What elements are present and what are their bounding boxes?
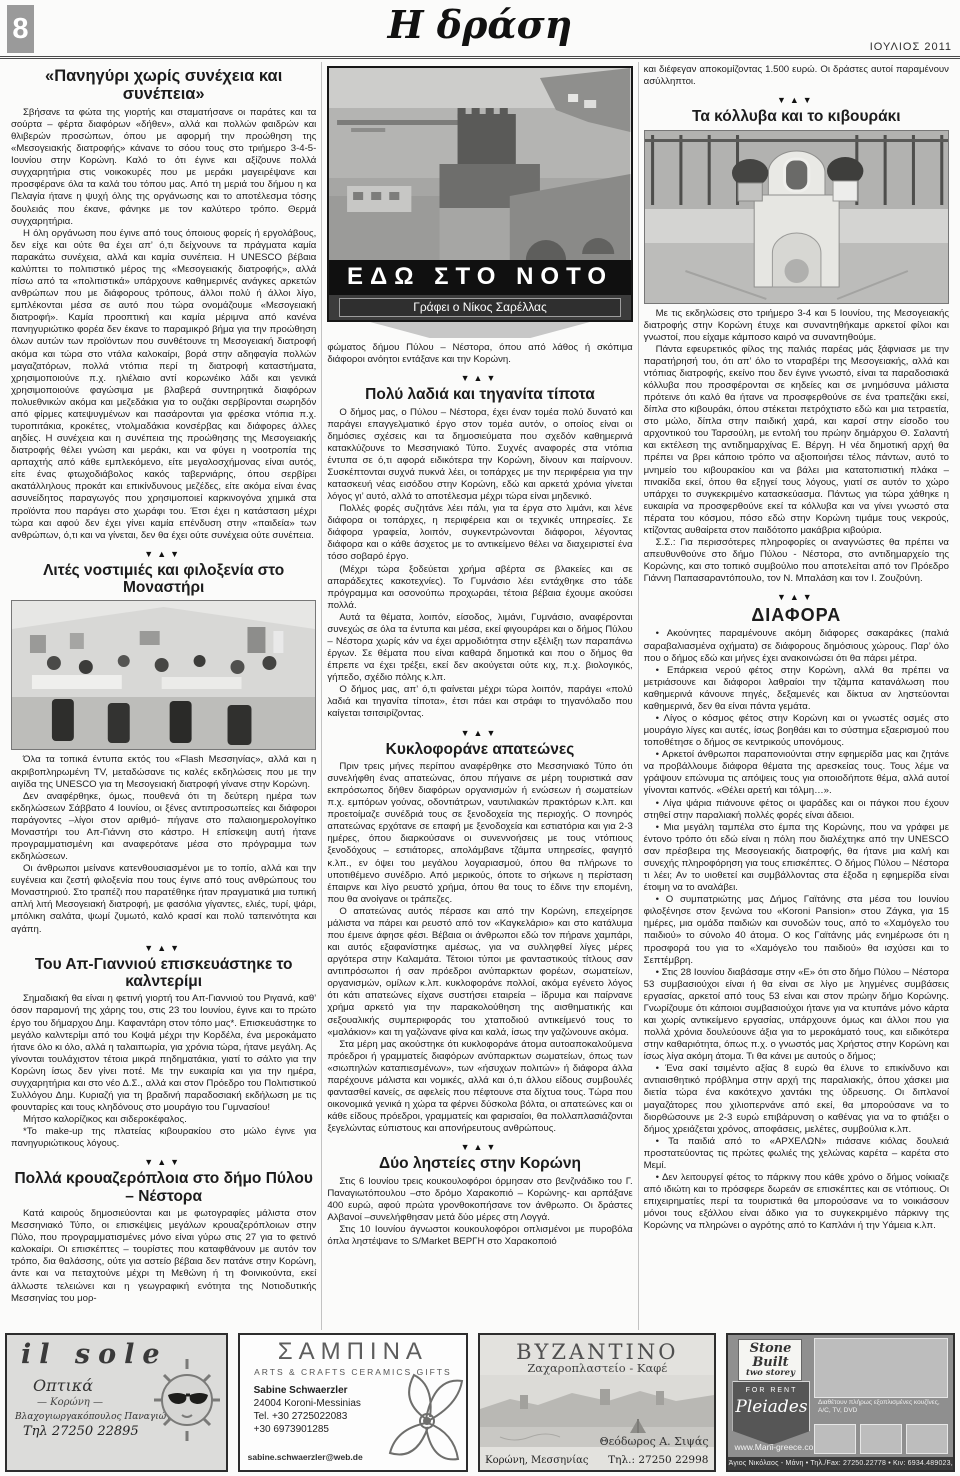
- section-divider-icon: ▼▲▼: [327, 373, 632, 383]
- column-banner-title: ΕΔΩ ΣΤΟ ΝΟΤΟ: [329, 260, 630, 295]
- ad-caption: Διαθέτουν πλήρως εξοπλισμένες κουζίνες, …: [818, 1399, 948, 1415]
- article-paragraph: (Μέχρι τώρα ξοδεύεται χρήμα αβέρτα σε βλ…: [327, 564, 632, 612]
- ad-pleiades-rentals: Stone Built two storey FOR RENT Pleiades…: [726, 1333, 955, 1472]
- article-paragraph: Η όλη οργάνωση που έγινε από τους όποιου…: [11, 228, 316, 542]
- article-paragraph: Ο δήμος μας, απ’ ό,τι φαίνεται μέχρι τώρ…: [327, 684, 632, 720]
- bullet-item: • Λίγος ο κόσμος φέτος στην Κορώνη και ο…: [644, 713, 949, 749]
- article-paragraph: Στις 6 Ιουνίου τρεις κουκουλοφόροι όρμησ…: [327, 1176, 632, 1224]
- banner-ribbon-shape: [366, 322, 595, 338]
- flower-line-art-icon: [386, 1369, 464, 1465]
- masthead: 8 Η δράση ΙΟΥΛΙΟΣ 2011: [0, 0, 960, 59]
- columns: «Πανηγύρι χωρίς συνέχεια και συνέπεια» Σ…: [0, 62, 960, 1330]
- bullet-item: • Ένα σακί τσιμέντο αξίας 8 ευρώ θα έλυν…: [644, 1063, 949, 1135]
- article-title: Τα κόλλυβα και το κιβουράκι: [644, 108, 949, 125]
- bullet-item: • Λίγα ψάρια πιάνουνε φέτος οι ψαράδες κ…: [644, 798, 949, 822]
- article-title: Λιτές νοστιμιές και φιλοξενία στο Μοναστ…: [11, 562, 316, 597]
- section-divider-icon: ▼▲▼: [644, 592, 949, 602]
- article-paragraph: Σ.Σ.: Για περισσότερες πληροφορίες οι αν…: [644, 537, 949, 585]
- article-paragraph: Με τις εκδηλώσεις στο τριήμερο 3-4 και 5…: [644, 308, 949, 344]
- section-divider-icon: ▼▲▼: [11, 943, 316, 953]
- advertisements-row: il sole Οπτικά — Κορώνη — Βλαχογιωργακόπ…: [0, 1333, 960, 1472]
- article-paragraph: Πριν τρεις μήνες περίπου αναφέρθηκε στο …: [327, 761, 632, 906]
- ad-sampina-crafts: ΣΑΜΠΙΝΑ ARTS & CRAFTS CERAMICS GIFTS Sab…: [238, 1333, 469, 1472]
- article-title: ΔΙΑΦΟΡΑ: [644, 605, 949, 625]
- article-title: Πολλά κρουαζερόπλοια στο δήμο Πύλου – Νέ…: [11, 1170, 316, 1205]
- left-column: «Πανηγύρι χωρίς συνέχεια και συνέπεια» Σ…: [6, 62, 321, 1330]
- article-paragraph: Μήτσο καλορίζικος και σιδεροκέφαλος.: [11, 1114, 316, 1126]
- sun-with-sunglasses-icon: [152, 1357, 222, 1443]
- bullet-item: • Μια μεγάλη ταμπέλα στο έμπα της Κορώνη…: [644, 822, 949, 894]
- bullet-item: • Ακούνητες παραμένουνε ακόμη διάφορες σ…: [644, 628, 949, 664]
- ad-headline: Stone Built two storey: [738, 1339, 802, 1381]
- article-paragraph: Στα μέρη μας ακούστηκε ότι κυκλοφοράνε ά…: [327, 1039, 632, 1136]
- article-paragraph: *Το make-up της πλατείας κιβουρακίου στο…: [11, 1126, 316, 1150]
- ad-website: www.Mani-greece.com: [734, 1442, 820, 1452]
- bullet-item: • Τα παιδιά από το «ΑΡΧΕΛΩΝ» πιάσανε κιό…: [644, 1136, 949, 1172]
- newspaper-title: Η δράση: [0, 2, 960, 47]
- ad-brand: ΣΑΜΠΙΝΑ: [240, 1338, 467, 1366]
- article-paragraph: Ο δήμος μας, ο Πύλου – Νέστορα, έχει ένα…: [327, 407, 632, 504]
- section-divider-icon: ▼▲▼: [11, 549, 316, 559]
- bullet-item: • Δεν λειτουργεί φέτος το πάρκινγ που κά…: [644, 1172, 949, 1232]
- article-paragraph: Όλα τα τοπικά έντυπα εκτός του «Flash Με…: [11, 754, 316, 790]
- article-paragraph: Σβήσανε τα φώτα της γιορτής και σταματήσ…: [11, 107, 316, 228]
- ad-brand: Pleiades: [733, 1397, 809, 1417]
- section-divider-icon: ▼▲▼: [327, 1142, 632, 1152]
- article-paragraph: Αυτά τα θέματα, λοιπόν, είσοδος, λιμάνι,…: [327, 612, 632, 684]
- article-paragraph: Πολλές φορές συζητάνε λέει πάλι, για τα …: [327, 503, 632, 563]
- methoni-castle-photo: [329, 68, 630, 260]
- pleiades-badge: FOR RENT Pleiades: [732, 1381, 810, 1445]
- ad-phone: Τηλ.: 27250 22998: [608, 1454, 708, 1466]
- article-paragraph: φώματος δήμου Πύλου – Νέστορα, όπου από …: [327, 342, 632, 366]
- ad-subtitle: Ζαχαροπλαστείο - Καφέ: [480, 1361, 714, 1375]
- issue-date: ΙΟΥΛΙΟΣ 2011: [870, 41, 952, 53]
- house-photo-thumbnails: [814, 1338, 950, 1454]
- ad-footer: Άγιος Νικόλαος - Μάνη • Τηλ./Fax: 27250.…: [728, 1457, 953, 1470]
- article-title: Του Απ-Γιαννιού επισκευάστηκε το καλντερ…: [11, 956, 316, 991]
- ad-location: Κορώνη, Μεσσηνίας: [485, 1455, 588, 1466]
- article-paragraph: Στις 10 Ιουνίου άγνωστοι κουκουλοφόροι ο…: [327, 1224, 632, 1248]
- section-divider-icon: ▼▲▼: [11, 1157, 316, 1167]
- right-column: και διέφεγαν αποκομίζοντας 1.500 ευρώ. Ο…: [638, 62, 954, 1330]
- article-paragraph: Δεν αναφέρθηκε, όμως, πουθενά ότι τη δεύ…: [11, 791, 316, 863]
- article-title: Κυκλοφοράνε απατεώνες: [327, 741, 632, 758]
- bullet-item: • Στις 28 Ιουνίου διαβάσαμε στην «Ε» ότι…: [644, 967, 949, 1064]
- monastery-meal-photo: [11, 600, 316, 750]
- article-title: «Πανηγύρι χωρίς συνέχεια και συνέπεια»: [11, 67, 316, 104]
- bullet-item: • Επάρκεια νερού φέτος στην Κορώνη, αλλά…: [644, 665, 949, 713]
- article-paragraph: Οι άνθρωποι μείνανε κατενθουσιασμένοι με…: [11, 863, 316, 935]
- bullet-item: • Αρκετοί άνθρωποι παραπονιούνται στην ε…: [644, 749, 949, 797]
- article-paragraph: και διέφεγαν αποκομίζοντας 1.500 ευρώ. Ο…: [644, 64, 949, 88]
- middle-column: ΕΔΩ ΣΤΟ ΝΟΤΟ Γράφει ο Νίκος Σαρέλλας φώμ…: [321, 62, 637, 1330]
- article-paragraph: Κατά καιρούς δημοσιεύονται και με φωτογρ…: [11, 1208, 316, 1305]
- article-paragraph: Ο απατεώνας αυτός πέρασε και από την Κορ…: [327, 906, 632, 1039]
- ad-byzantino-patisserie: ΒΥΖΑΝΤΙΝΟ Ζαχαροπλαστείο - Καφέ Θεόδωρος…: [478, 1333, 716, 1472]
- column-byline: Γράφει ο Νίκος Σαρέλλας: [329, 295, 630, 320]
- bullet-item: • Ο συμπατριώτης μας Δήμος Γαϊτάνης στα …: [644, 894, 949, 966]
- newspaper-page: 8 Η δράση ΙΟΥΛΙΟΣ 2011 «Πανηγύρι χωρίς σ…: [0, 0, 960, 1476]
- section-divider-icon: ▼▲▼: [327, 728, 632, 738]
- ad-owner: Θεόδωρος Α. Σιψάς: [600, 1435, 709, 1448]
- article-paragraph: Σημαδιακή θα είναι η φετινή γιορτή του Α…: [11, 993, 316, 1114]
- ad-il-sole-optics: il sole Οπτικά — Κορώνη — Βλαχογιωργακόπ…: [5, 1333, 228, 1472]
- article-paragraph: Πάντα εφευρετικός φίλος της παλιάς παρέα…: [644, 344, 949, 537]
- ad-email: sabine.schwaerzler@web.de: [248, 1452, 363, 1462]
- article-title: Πολύ λαδιά και τηγανίτα τίποτα: [327, 386, 632, 403]
- section-divider-icon: ▼▲▼: [644, 95, 949, 105]
- edo-sto-noto-banner: ΕΔΩ ΣΤΟ ΝΟΤΟ Γράφει ο Νίκος Σαρέλλας: [327, 66, 632, 322]
- kivouraki-shrine-photo: [644, 130, 949, 304]
- article-title: Δύο ληστείες στην Κορώνη: [327, 1155, 632, 1172]
